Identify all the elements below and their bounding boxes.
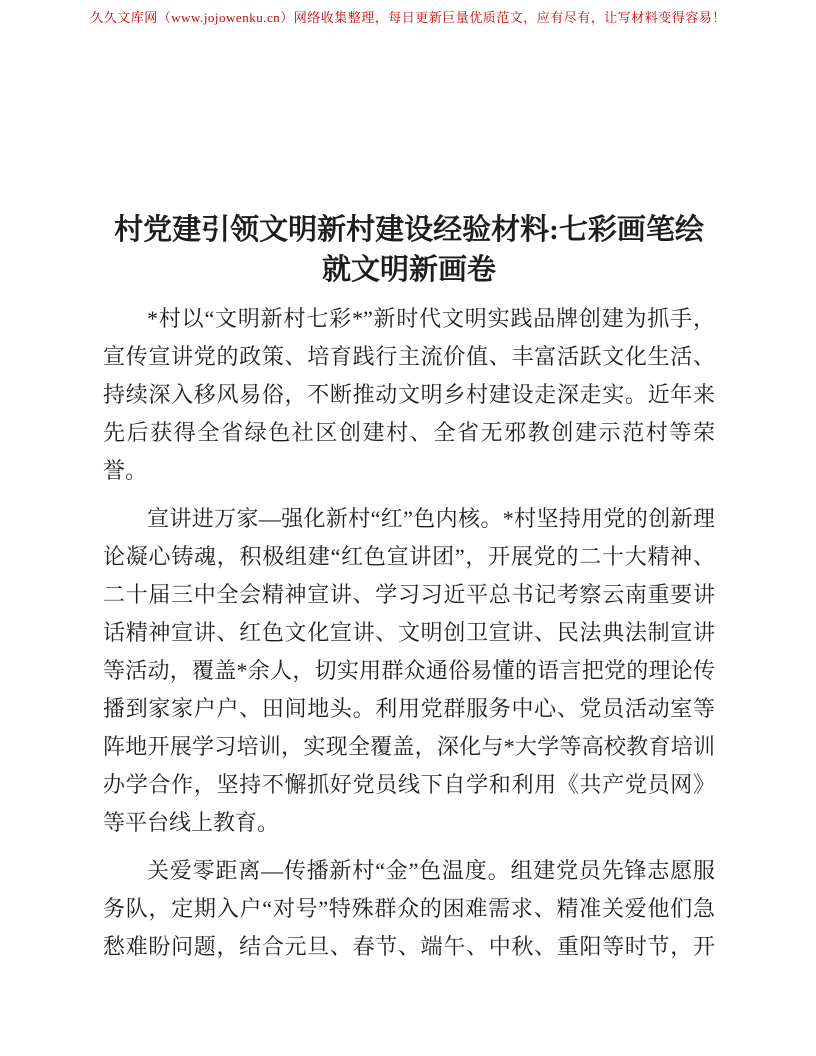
paragraph-red-core: 宣讲进万家—强化新村“红”色内核。*村坚持用党的创新理论凝心铸魂，积极组建“红色… <box>103 500 715 842</box>
paragraph-gold-warmth: 关爱零距离—传播新村“金”色温度。组建党员先锋志愿服务队，定期入户“对号”特殊群… <box>103 852 715 966</box>
paragraph-intro: *村以“文明新村七彩*”新时代文明实践品牌创建为抓手，宣传宣讲党的政策、培育践行… <box>103 300 715 490</box>
document-title: 村党建引领文明新村建设经验材料:七彩画笔绘就文明新画卷 <box>103 210 715 290</box>
site-watermark-header: 久久文库网（www.jojowenku.cn）网络收集整理，每日更新巨量优质范文… <box>0 7 816 26</box>
document-page: 久久文库网（www.jojowenku.cn）网络收集整理，每日更新巨量优质范文… <box>0 0 816 1056</box>
document-body: 村党建引领文明新村建设经验材料:七彩画笔绘就文明新画卷 *村以“文明新村七彩*”… <box>103 210 715 976</box>
